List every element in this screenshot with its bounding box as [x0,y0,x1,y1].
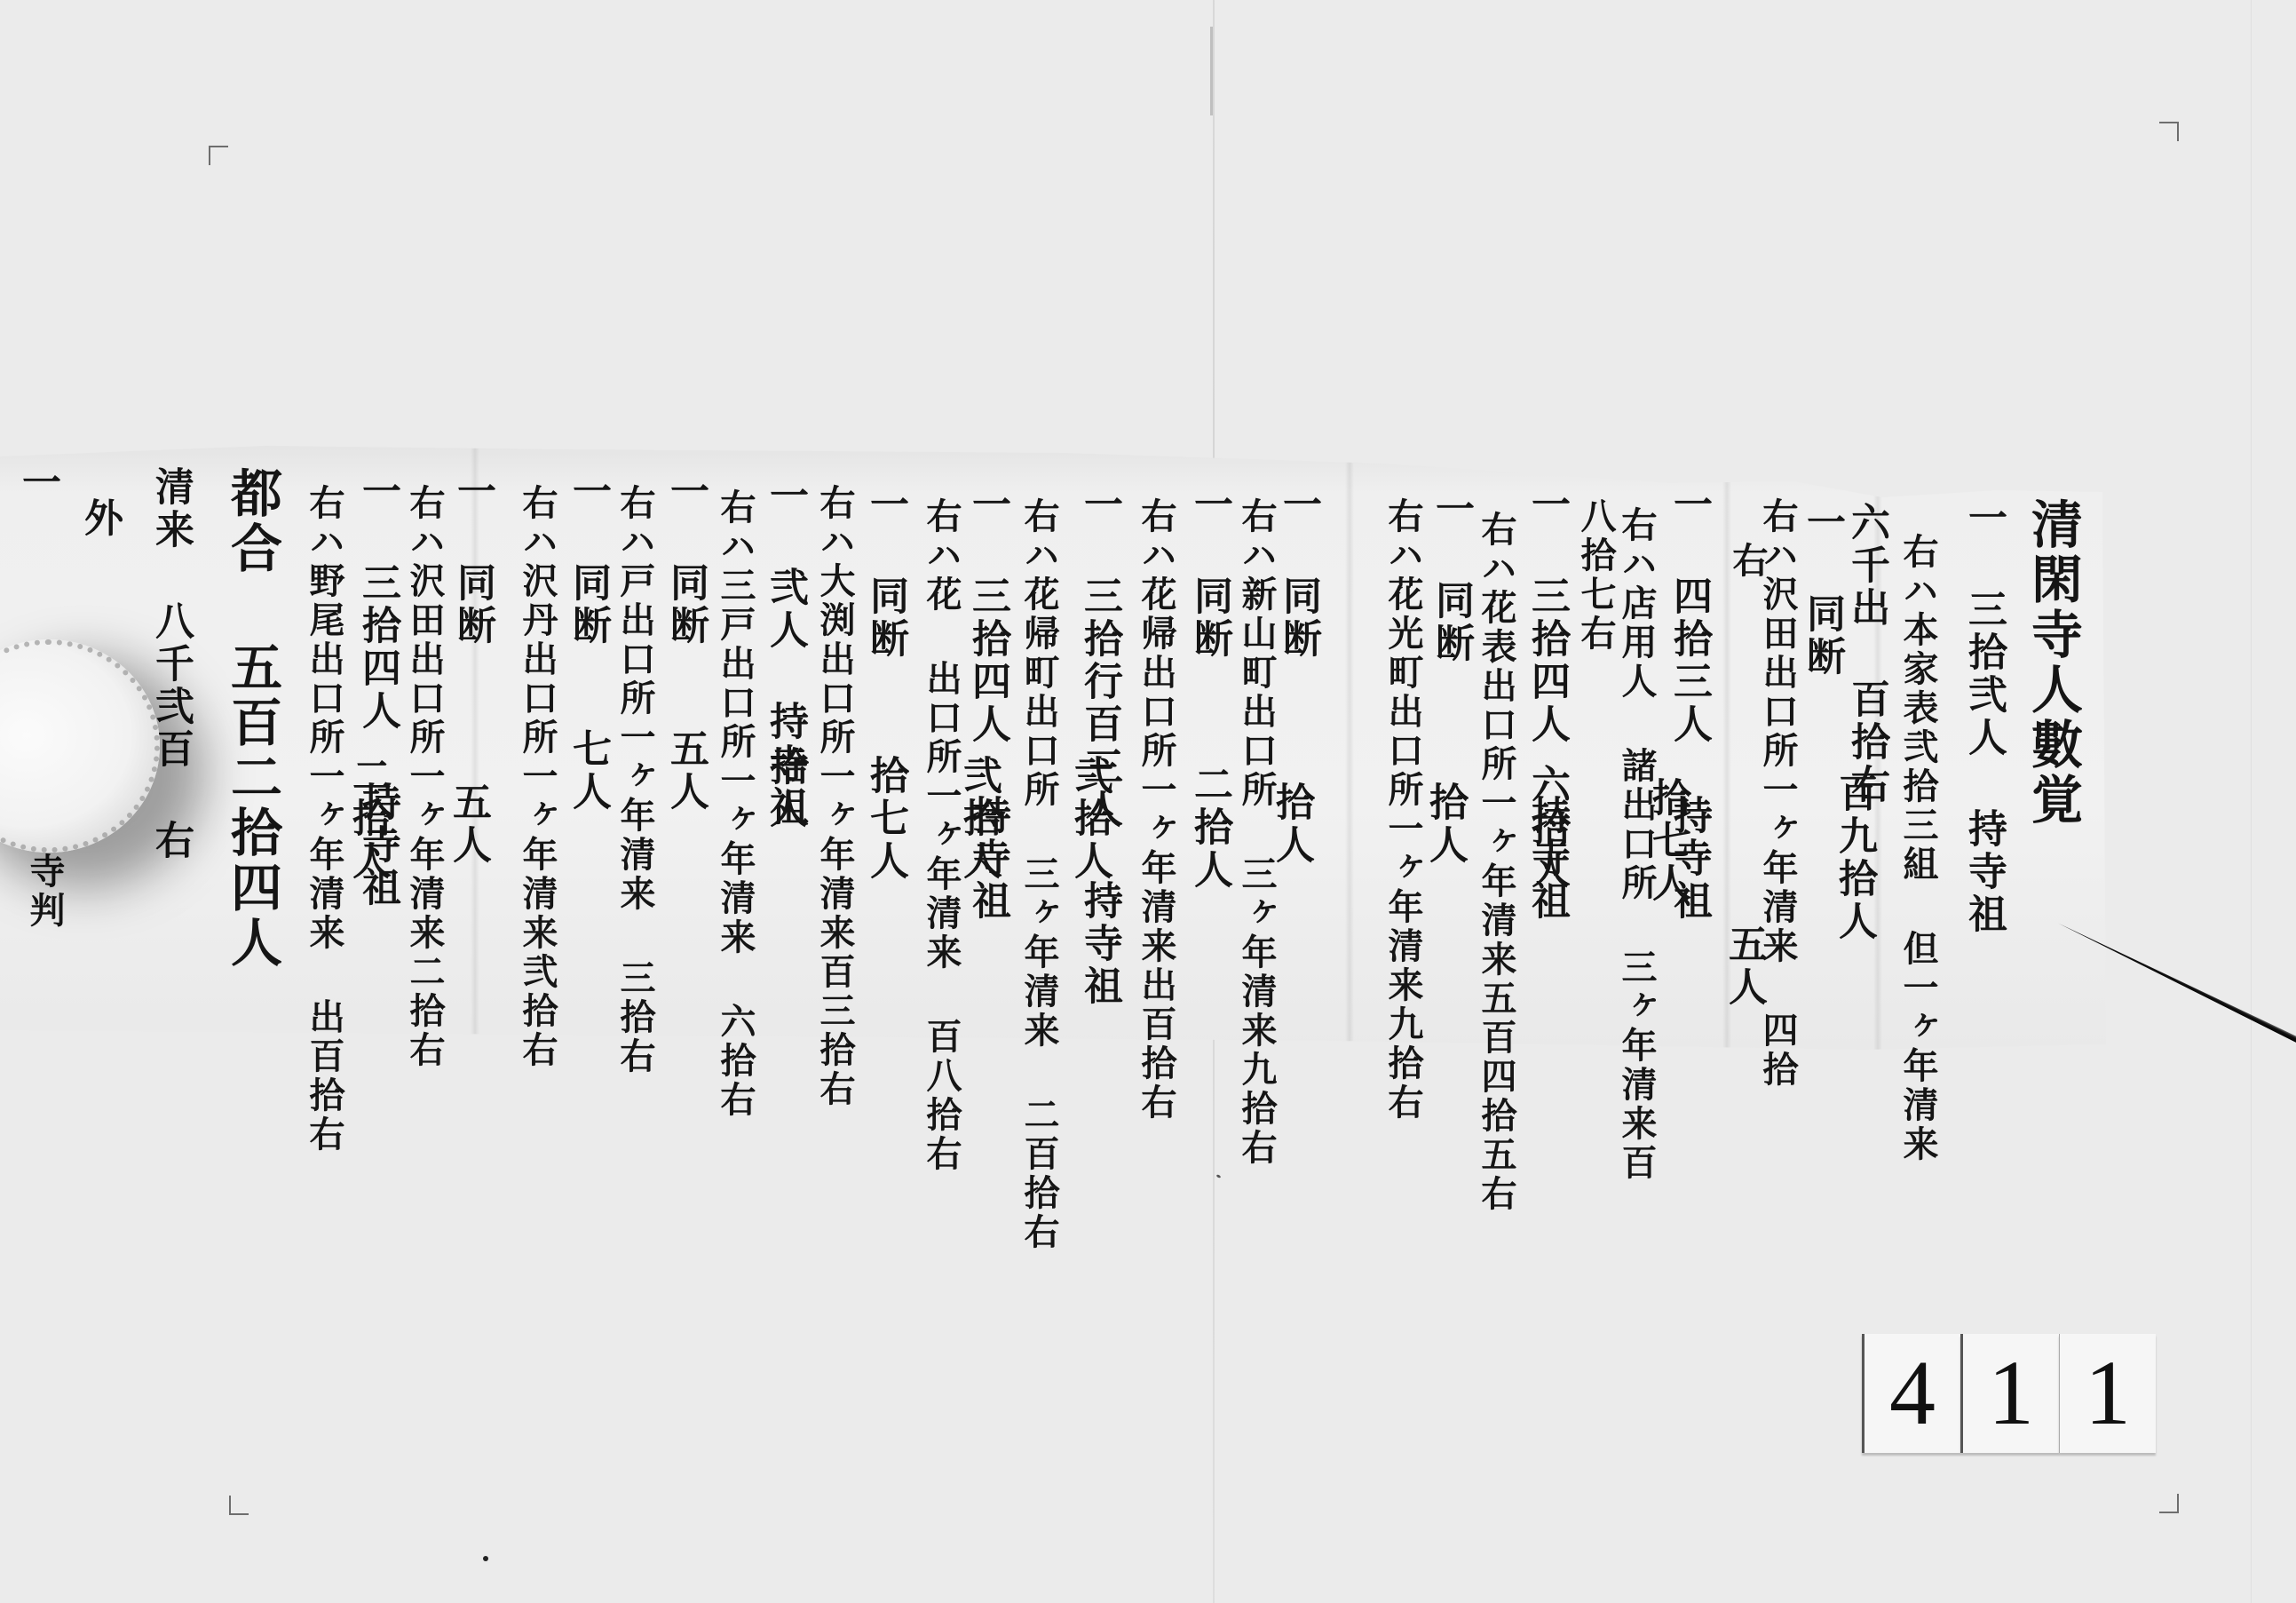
text-column: 拾七人 [866,755,905,883]
text-column: 右ハ戸出口所一ヶ年清来 三拾右 [617,484,653,1076]
text-column: 六千出 百拾右 [1847,502,1886,806]
text-column: 五人 [666,728,705,813]
text-column: 弐拾人 [959,755,998,883]
paper-seam [1345,444,1354,1050]
text-column: 外 [80,497,119,540]
crop-mark-top-left [209,146,228,165]
dust-speck [483,1556,488,1561]
text-column: 右ハ三戸出口所一ヶ年清来 六拾右 [717,488,753,1120]
text-column: 寺判 [27,853,62,931]
text-column: 拾人 [1425,782,1464,867]
text-column: 一 同断 [1431,488,1470,665]
text-column: 拾七人 [1648,777,1687,905]
text-column: 八拾七右 [1578,497,1613,654]
text-column: 右ハ花帰町出口所 三ヶ年清来 二百拾右 [1021,497,1057,1252]
text-column: 右ハ花表出口所一ヶ年清来五百四拾五右 [1478,511,1514,1214]
text-column: 一 同断 [1802,502,1841,678]
text-column: 七人 [568,728,607,813]
text-column: 右ハ沢丹出口所一ヶ年清来弐拾右 [519,484,555,1070]
catalog-digit: 4 [1862,1334,1960,1453]
text-column: 一 同断 [1190,484,1229,661]
text-column: 右ハ花 出口所一ヶ年清来 百八拾右 [923,497,959,1174]
text-column: 一 同断 [866,484,905,661]
crop-mark-top-right [2159,122,2179,141]
text-column: 右ハ花光町出口所一ヶ年清来九拾右 [1385,497,1421,1123]
text-column: 一 同断 [666,471,705,647]
text-column: 拾人 [1271,782,1310,867]
text-column: 五人 [1724,924,1763,1009]
text-column: 清来 八千弐百 右 [151,466,190,862]
text-column: 一 三拾弐人 持寺祖 [1964,497,2003,936]
text-column: 右ハ沢田出口所一ヶ年清来二拾右 [407,484,442,1070]
text-column: 一 同断 [568,471,607,647]
text-column: 右ハ野尾出口所一ヶ年清来 出百拾右 [306,484,342,1155]
text-column: 一 [18,462,57,504]
page-edge-line [2251,0,2252,1603]
text-column: 右ハ本家表弐拾三組 但一ヶ年清来 [1900,533,1936,1164]
text-column: 都合 五百二拾四人 [226,466,278,971]
text-column: 一 同断 [1279,484,1318,661]
crop-mark-bottom-right [2159,1494,2179,1513]
catalog-digit: 1 [1960,1334,2059,1453]
document-title: 清閑寺人數覚 [2027,497,2078,828]
text-column: 右ハ大渕出口所一ヶ年清来百三拾右 [817,484,852,1109]
text-column: 五人 [448,782,487,867]
text-column: 一 三拾行百三人 持寺祖 [1080,484,1119,1008]
fold-shadow [1210,27,1213,115]
text-column: 右 [1730,542,1765,581]
text-column: 二拾人 [348,755,387,883]
crop-mark-bottom-left [229,1496,249,1515]
text-column: 弐拾人 [1070,755,1109,883]
catalog-number-card: 4 1 1 [1862,1334,2156,1455]
text-column: 二拾人 [1190,764,1229,892]
text-column: 一 同断 [453,471,492,647]
text-column: 右ハ花帰出口所一ヶ年清来出百拾右 [1138,497,1174,1123]
text-column: 六拾人 [1527,764,1566,892]
catalog-digit: 1 [2059,1334,2156,1453]
dust-speck [1216,1174,1222,1178]
text-column: 拾人 [765,746,804,831]
